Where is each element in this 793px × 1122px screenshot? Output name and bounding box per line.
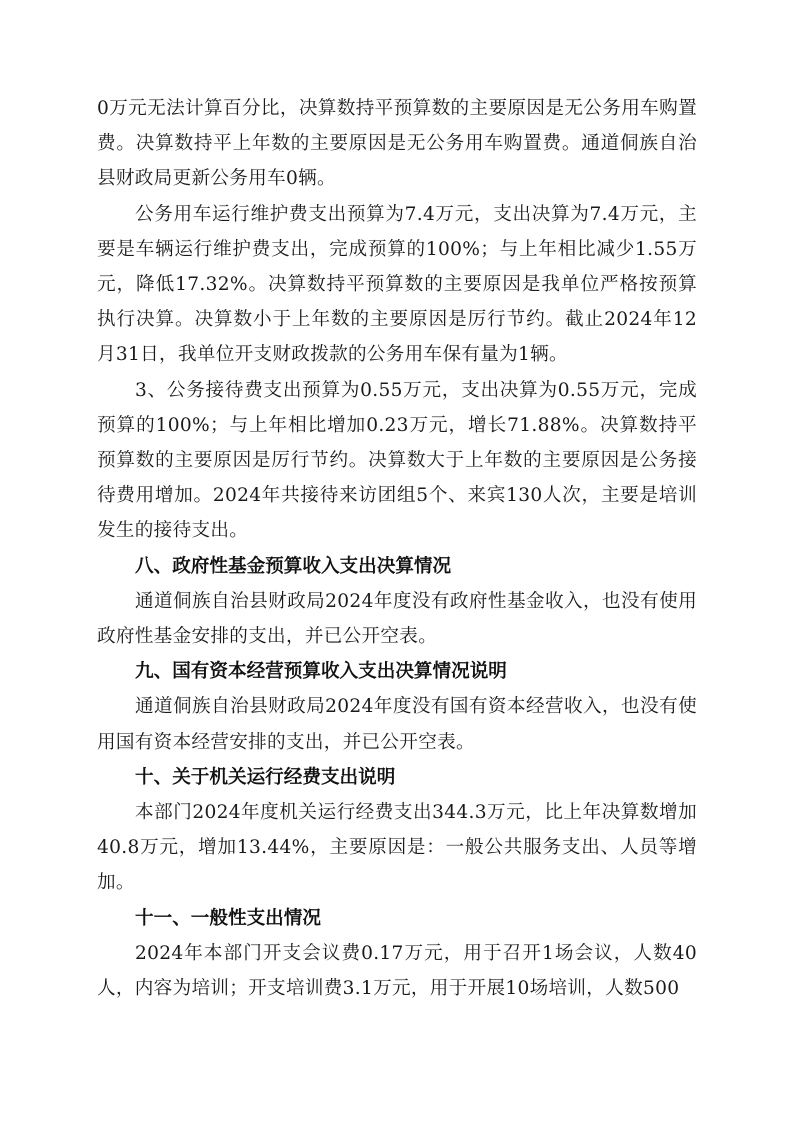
paragraph-vehicle-maintenance: 公务用车运行维护费支出预算为7.4万元，支出决算为7.4万元，主要是车辆运行维护… bbox=[97, 197, 697, 373]
paragraph-government-fund: 通道侗族自治县财政局2024年度没有政府性基金收入，也没有使用政府性基金安排的支… bbox=[97, 584, 697, 654]
heading-operating-expenses: 十、关于机关运行经费支出说明 bbox=[97, 760, 697, 795]
paragraph-general-expenditure: 2024年本部门开支会议费0.17万元，用于召开1场会议，人数40人，内容为培训… bbox=[97, 936, 697, 1006]
paragraph-official-reception: 3、公务接待费支出预算为0.55万元，支出决算为0.55万元，完成预算的100%… bbox=[97, 373, 697, 549]
heading-state-capital: 九、国有资本经营预算收入支出决算情况说明 bbox=[97, 654, 697, 689]
paragraph-state-capital: 通道侗族自治县财政局2024年度没有国有资本经营收入，也没有使用国有资本经营安排… bbox=[97, 689, 697, 759]
paragraph-operating-expenses: 本部门2024年度机关运行经费支出344.3万元，比上年决算数增加40.8万元，… bbox=[97, 795, 697, 901]
document-page: 0万元无法计算百分比，决算数持平预算数的主要原因是无公务用车购置费。决算数持平上… bbox=[97, 91, 697, 1006]
heading-general-expenditure: 十一、一般性支出情况 bbox=[97, 901, 697, 936]
paragraph-vehicle-purchase-continuation: 0万元无法计算百分比，决算数持平预算数的主要原因是无公务用车购置费。决算数持平上… bbox=[97, 91, 697, 197]
heading-government-fund: 八、政府性基金预算收入支出决算情况 bbox=[97, 549, 697, 584]
